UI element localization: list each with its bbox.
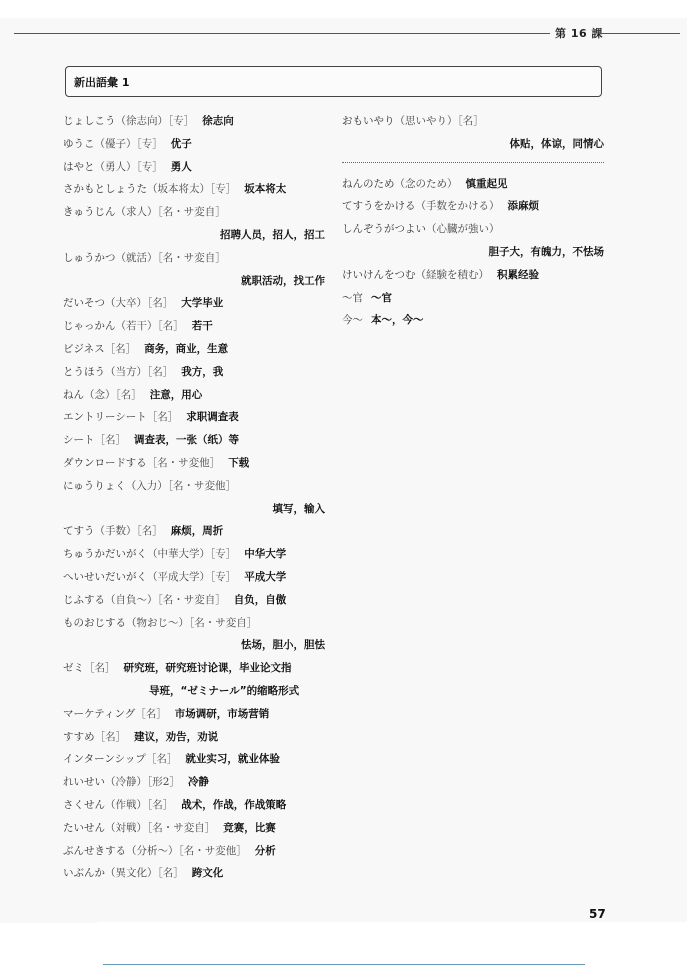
entry-reading: たいせん xyxy=(63,822,105,834)
entry-reading: マーケティング xyxy=(63,708,135,720)
entry-meaning: 胆子大，有魄力，不怯场 xyxy=(342,241,604,264)
vocab-column-right: おもいやり（思いやり）［名］体贴，体谅，同情心 ねんのため（念のため）慎重起见て… xyxy=(342,110,604,332)
vocab-entry: しゅうかつ（就活）［名・サ変自］ xyxy=(63,247,325,270)
vocab-entry: しんぞうがつよい（心臓が強い） xyxy=(342,218,604,241)
entry-kanji: （徐志向） xyxy=(116,115,169,127)
entry-meaning: 填写，输入 xyxy=(63,498,325,521)
entry-meaning: 冷静 xyxy=(188,776,209,788)
entry-pos: ［名・サ変他］ xyxy=(147,457,221,469)
vocab-entry: にゅうりょく（入力）［名・サ変他］ xyxy=(63,475,325,498)
page-number: 57 xyxy=(589,907,606,921)
lesson-label: 第 16 課 xyxy=(555,25,603,41)
entry-meaning: 怯场，胆小，胆怯 xyxy=(63,634,325,657)
entry-reading: ゆうこ xyxy=(63,138,95,150)
entry-kanji: （入力） xyxy=(126,480,168,492)
dotted-separator xyxy=(342,162,604,163)
vocab-entry: エントリーシート［名］求职调查表 xyxy=(63,406,325,429)
entry-pos: ［名］ xyxy=(137,525,163,537)
vocab-entry: ゼミ［名］研究班，研究班讨论课，毕业论文指 xyxy=(63,657,325,680)
entry-meaning: 下载 xyxy=(228,457,249,469)
vocab-entry: たいせん（対戦）［名・サ変自］竞赛，比赛 xyxy=(63,817,325,840)
entry-reading: だいそつ xyxy=(63,297,105,309)
vocab-entry: ゆうこ（優子）［专］优子 xyxy=(63,133,325,156)
entry-meaning: 竞赛，比赛 xyxy=(223,822,276,834)
vocab-entry: はやと（勇人）［专］勇人 xyxy=(63,156,325,179)
entry-pos: ［名］ xyxy=(147,297,173,309)
vocab-entry: れいせい（冷静）［形2］冷静 xyxy=(63,771,325,794)
entry-reading: おもいやり xyxy=(342,115,395,127)
vocab-entry: だいそつ（大卒）［名］大学毕业 xyxy=(63,292,325,315)
entry-reading: ねん xyxy=(63,389,84,401)
entry-meaning: 商务，商业，生意 xyxy=(144,343,228,355)
vocab-entry: きゅうじん（求人）［名・サ変自］ xyxy=(63,201,325,224)
entry-pos: ［名］ xyxy=(147,366,173,378)
vocab-entry: おもいやり（思いやり）［名］ xyxy=(342,110,604,133)
entry-pos: ［名・サ変他］ xyxy=(168,480,236,492)
entry-meaning: 〜官 xyxy=(371,292,392,304)
entry-meaning: 招聘人员，招人，招工 xyxy=(63,224,325,247)
vocab-entry: じゃっかん（若干）［名］若干 xyxy=(63,315,325,338)
entry-reading: れいせい xyxy=(63,776,105,788)
expression-list: ねんのため（念のため）慎重起见てすうをかける（手数をかける）添麻烦しんぞうがつよ… xyxy=(342,173,604,333)
section-title: 新出語彙 1 xyxy=(74,74,129,90)
entry-kanji: （勇人） xyxy=(95,161,137,173)
entry-meaning: 分析 xyxy=(255,845,276,857)
entry-pos: ［名・サ変自］ xyxy=(189,617,257,629)
entry-pos: ［名］ xyxy=(95,731,127,743)
entry-reading: けいけんをつむ xyxy=(342,269,416,281)
entry-pos: ［专］ xyxy=(210,548,236,560)
entry-meaning: 建议，劝告，劝说 xyxy=(134,731,218,743)
entry-reading: ねんのため xyxy=(342,178,395,190)
entry-kanji: （分析〜） xyxy=(126,845,179,857)
entry-pos: ［专］ xyxy=(137,138,163,150)
entry-meaning: 我方，我 xyxy=(181,366,223,378)
entry-pos: ［名・サ変自］ xyxy=(158,594,226,606)
entry-reading: さかもとしょうた xyxy=(63,183,147,195)
entry-pos: ［名］ xyxy=(158,320,184,332)
entry-kanji: （手数） xyxy=(95,525,137,537)
entry-meaning: 坂本将太 xyxy=(244,183,286,195)
entry-kanji: （求人） xyxy=(116,206,158,218)
vocab-entry: とうほう（当方）［名］我方，我 xyxy=(63,361,325,384)
entry-kanji: （念） xyxy=(84,389,116,401)
entry-reading: てすう xyxy=(63,525,95,537)
vocab-entry: 〜官〜官 xyxy=(342,287,604,310)
entry-meaning: 若干 xyxy=(192,320,213,332)
entry-kanji: （念のため） xyxy=(395,178,458,190)
entry-reading: シート xyxy=(63,434,95,446)
vocab-entry: 今〜本〜，今〜 xyxy=(342,309,604,332)
entry-reading: はやと xyxy=(63,161,95,173)
entry-meaning: 就职活动，找工作 xyxy=(63,270,325,293)
entry-meaning: 调查表，一张（纸）等 xyxy=(134,434,239,446)
entry-reading: すすめ xyxy=(63,731,95,743)
entry-pos: ［名・サ変自］ xyxy=(158,252,226,264)
entry-reading: ものおじする xyxy=(63,617,126,629)
entry-reading: 〜官 xyxy=(342,292,363,304)
entry-kanji: （冷静） xyxy=(105,776,147,788)
entry-pos: ［名・サ変自］ xyxy=(158,206,226,218)
entry-meaning: 跨文化 xyxy=(192,867,224,879)
entry-kanji: （経験を積む） xyxy=(416,269,490,281)
vocab-entry: さくせん（作戦）［名］战术，作战，作战策略 xyxy=(63,794,325,817)
entry-pos: ［专］ xyxy=(210,571,236,583)
entry-meaning: 中华大学 xyxy=(244,548,286,560)
entry-meaning-continued: 导班，“ゼミナール”的缩略形式 xyxy=(63,680,325,703)
page-margin xyxy=(98,922,687,969)
vocab-entry: ものおじする（物おじ〜）［名・サ変自］ xyxy=(63,612,325,635)
entry-kanji: （坂本将太） xyxy=(147,183,210,195)
entry-meaning: 徐志向 xyxy=(202,115,234,127)
vocab-entry: てすう（手数）［名］麻烦，周折 xyxy=(63,520,325,543)
entry-pos: ［名］ xyxy=(105,343,137,355)
entry-reading: 今〜 xyxy=(342,314,363,326)
vocab-entry: ねん（念）［名］注意，用心 xyxy=(63,384,325,407)
vocab-entry: ぶんせきする（分析〜）［名・サ変他］分析 xyxy=(63,840,325,863)
entry-meaning: 平成大学 xyxy=(244,571,286,583)
entry-pos: ［名］ xyxy=(95,434,127,446)
entry-pos: ［名］ xyxy=(147,799,173,811)
vocab-entry: じふする（自負〜）［名・サ変自］自负，自傲 xyxy=(63,589,325,612)
entry-kanji: （心臓が強い） xyxy=(426,223,500,235)
entry-pos: ［名・サ変自］ xyxy=(147,822,215,834)
entry-meaning: 麻烦，周折 xyxy=(171,525,224,537)
entry-kanji: （作戦） xyxy=(105,799,147,811)
entry-kanji: （自負〜） xyxy=(105,594,158,606)
entry-reading: じふする xyxy=(63,594,105,606)
entry-meaning: 添麻烦 xyxy=(508,200,540,212)
entry-pos: ［名］ xyxy=(116,389,142,401)
entry-pos: ［名］ xyxy=(147,411,179,423)
vocab-entry: ビジネス［名］商务，商业，生意 xyxy=(63,338,325,361)
bottom-accent-line xyxy=(103,964,585,965)
vocab-entry: ねんのため（念のため）慎重起见 xyxy=(342,173,604,196)
vocab-entry: じょしこう（徐志向）［专］徐志向 xyxy=(63,110,325,133)
vocab-entry: けいけんをつむ（経験を積む）积累经验 xyxy=(342,264,604,287)
entry-reading: にゅうりょく xyxy=(63,480,126,492)
entry-kanji: （物おじ〜） xyxy=(126,617,189,629)
entry-kanji: （中華大学） xyxy=(147,548,210,560)
entry-kanji: （異文化） xyxy=(105,867,158,879)
vocab-entry: すすめ［名］建议，劝告，劝说 xyxy=(63,726,325,749)
entry-reading: ダウンロードする xyxy=(63,457,147,469)
entry-pos: ［专］ xyxy=(210,183,236,195)
entry-meaning: 优子 xyxy=(171,138,192,150)
vocab-entry: インターンシップ［名］就业实习，就业体验 xyxy=(63,748,325,771)
vocab-list: おもいやり（思いやり）［名］体贴，体谅，同情心 xyxy=(342,110,604,156)
entry-meaning: 慎重起见 xyxy=(466,178,508,190)
entry-kanji: （就活） xyxy=(116,252,158,264)
entry-meaning: 体贴，体谅，同情心 xyxy=(342,133,604,156)
entry-pos: ［名］ xyxy=(135,708,167,720)
entry-kanji: （平成大学） xyxy=(147,571,210,583)
entry-reading: へいせいだいがく xyxy=(63,571,147,583)
vocab-entry: へいせいだいがく（平成大学）［专］平成大学 xyxy=(63,566,325,589)
section-header-box: 新出語彙 1 xyxy=(65,66,602,97)
entry-meaning: 求职调查表 xyxy=(186,411,239,423)
entry-pos: ［名］ xyxy=(158,867,184,879)
entry-kanji: （思いやり） xyxy=(395,115,458,127)
entry-reading: しんぞうがつよい xyxy=(342,223,426,235)
entry-reading: てすうをかける xyxy=(342,200,416,212)
entry-pos: ［专］ xyxy=(137,161,163,173)
entry-pos: ［名］ xyxy=(84,662,116,674)
entry-pos: ［名］ xyxy=(146,753,178,765)
entry-meaning: 本〜，今〜 xyxy=(371,314,424,326)
entry-reading: じゃっかん xyxy=(63,320,116,332)
entry-kanji: （手数をかける） xyxy=(416,200,500,212)
vocab-entry: シート［名］调查表，一张（纸）等 xyxy=(63,429,325,452)
entry-reading: ビジネス xyxy=(63,343,105,355)
vocab-entry: マーケティング［名］市场调研，市场营销 xyxy=(63,703,325,726)
entry-meaning: 勇人 xyxy=(171,161,192,173)
entry-reading: インターンシップ xyxy=(63,753,146,765)
entry-pos: ［形2］ xyxy=(147,776,180,788)
entry-kanji: （優子） xyxy=(95,138,137,150)
vocab-entry: いぶんか（異文化）［名］跨文化 xyxy=(63,862,325,885)
entry-meaning: 大学毕业 xyxy=(181,297,223,309)
entry-reading: さくせん xyxy=(63,799,105,811)
entry-meaning: 积累经验 xyxy=(497,269,539,281)
entry-reading: ちゅうかだいがく xyxy=(63,548,147,560)
vocab-entry: ちゅうかだいがく（中華大学）［专］中华大学 xyxy=(63,543,325,566)
entry-reading: エントリーシート xyxy=(63,411,147,423)
entry-pos: ［专］ xyxy=(168,115,194,127)
entry-reading: ゼミ xyxy=(63,662,84,674)
entry-kanji: （当方） xyxy=(105,366,147,378)
entry-reading: とうほう xyxy=(63,366,105,378)
entry-reading: きゅうじん xyxy=(63,206,116,218)
entry-reading: じょしこう xyxy=(63,115,116,127)
entry-reading: ぶんせきする xyxy=(63,845,126,857)
entry-pos: ［名］ xyxy=(458,115,484,127)
entry-kanji: （若干） xyxy=(116,320,158,332)
header-rule-right xyxy=(600,33,680,34)
vocab-entry: さかもとしょうた（坂本将太）［专］坂本将太 xyxy=(63,178,325,201)
entry-kanji: （対戦） xyxy=(105,822,147,834)
vocab-entry: ダウンロードする［名・サ変他］下载 xyxy=(63,452,325,475)
entry-pos: ［名・サ変他］ xyxy=(179,845,247,857)
entry-reading: しゅうかつ xyxy=(63,252,116,264)
entry-meaning: 自负，自傲 xyxy=(234,594,287,606)
entry-kanji: （大卒） xyxy=(105,297,147,309)
entry-meaning: 注意，用心 xyxy=(150,389,203,401)
entry-meaning: 就业实习，就业体验 xyxy=(185,753,280,765)
entry-meaning: 研究班，研究班讨论课，毕业论文指 xyxy=(124,662,292,674)
entry-meaning: 市场调研，市场营销 xyxy=(175,708,270,720)
vocab-entry: てすうをかける（手数をかける）添麻烦 xyxy=(342,195,604,218)
vocab-column-left: じょしこう（徐志向）［专］徐志向ゆうこ（優子）［专］优子はやと（勇人）［专］勇人… xyxy=(63,110,325,885)
entry-reading: いぶんか xyxy=(63,867,105,879)
entry-meaning: 战术，作战，作战策略 xyxy=(181,799,286,811)
header-rule-left xyxy=(14,33,550,34)
